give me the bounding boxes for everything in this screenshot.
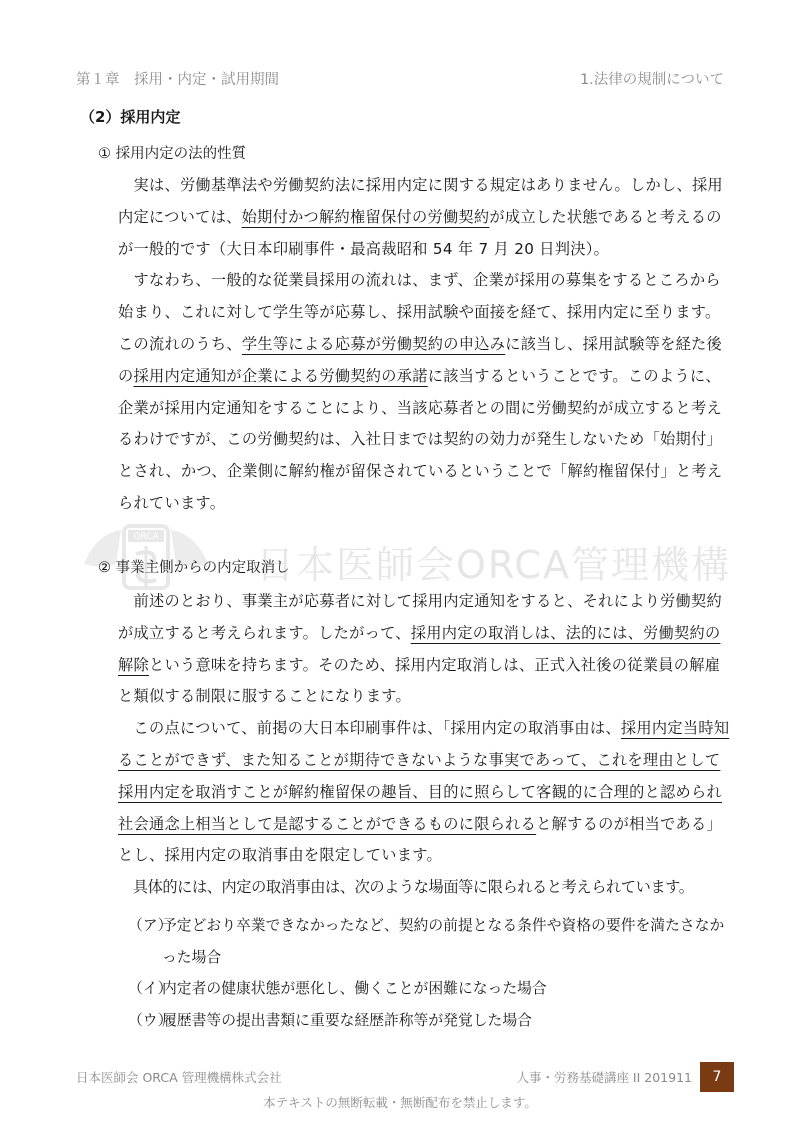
underlined-text: 学生等による応募が労働契約の申込み [242,335,505,353]
footer-right: 人事・労務基礎講座 II 201911 7 [516,1062,734,1092]
section-title: （2）採用内定 [80,106,180,127]
section-label: 1.法律の規制について [580,68,724,90]
list-item: （ア） 予定どおり卒業できなかったなど、契約の前提となる条件や資格の要件を満たさ… [128,910,732,973]
subsection1-body: 実は、労働基準法や労働契約法に採用内定に関する規定はありません。しかし、採用内定… [118,170,730,520]
list-item: （イ） 内定者の健康状態が悪化し、働くことが困難になった場合 [128,973,732,1005]
watermark-text: 日本医師会ORCA管理機構 [256,534,731,589]
footer-company: 日本医師会 ORCA 管理機構株式会社 [76,1068,282,1086]
svg-text:ORCA: ORCA [133,532,159,542]
paragraph: 具体的には、内定の取消事由は、次のような場面等に限られると考えられています。 [118,872,730,904]
text-segment: 具体的には、内定の取消事由は、次のような場面等に限られると考えられています。 [118,878,694,896]
paragraph: 前述のとおり、事業主が応募者に対して採用内定通知をすると、それにより労働契約が成… [118,586,730,713]
subsection-title-legal-nature: ① 採用内定の法的性質 [98,142,246,163]
subsection-title-revocation: ② 事業主側からの内定取消し [98,556,290,577]
text-segment: に該当するということです。このように、企業が採用内定通知をすることにより、当該応… [118,367,722,512]
list-text: 予定どおり卒業できなかったなど、契約の前提となる条件や資格の要件を満たさなかった… [162,910,732,973]
underlined-text: 採用内定通知が企業による労働契約の承諾 [134,367,428,385]
revocation-reasons-list: （ア） 予定どおり卒業できなかったなど、契約の前提となる条件や資格の要件を満たさ… [128,910,732,1036]
list-marker: （イ） [128,973,162,1005]
list-text: 内定者の健康状態が悪化し、働くことが困難になった場合 [162,973,547,1005]
footer-course: 人事・労務基礎講座 II 201911 [516,1068,692,1086]
paragraph: 実は、労働基準法や労働契約法に採用内定に関する規定はありません。しかし、採用内定… [118,170,730,265]
text-segment: この点について、前掲の大日本印刷事件は、「採用内定の取消事由は、 [118,719,621,737]
list-text: 履歴書等の提出書類に重要な経歴詐称等が発覚した場合 [162,1005,532,1037]
paragraph: すなわち、一般的な従業員採用の流れは、まず、企業が採用の募集をするところから始ま… [118,265,730,519]
text-segment: という意味を持ちます。そのため、採用内定取消しは、正式入社後の従業員の解雇と類似… [118,656,720,706]
subsection2-body: 前述のとおり、事業主が応募者に対して採用内定通知をすると、それにより労働契約が成… [118,586,730,904]
list-marker: （ア） [128,910,162,973]
underlined-text: 始期付かつ解約権留保付の労働契約 [242,208,490,226]
list-item: （ウ） 履歴書等の提出書類に重要な経歴詐称等が発覚した場合 [128,1005,732,1037]
list-marker: （ウ） [128,1005,162,1037]
paragraph: この点について、前掲の大日本印刷事件は、「採用内定の取消事由は、採用内定当時知る… [118,713,730,872]
copyright-notice: 本テキストの無断転載・無断配布を禁止します。 [0,1093,800,1111]
page-footer: 日本医師会 ORCA 管理機構株式会社 人事・労務基礎講座 II 201911 … [76,1062,734,1092]
page-number-badge: 7 [700,1062,734,1092]
page-header: 第１章 採用・内定・試用期間 1.法律の規制について [76,68,724,90]
chapter-title: 第１章 採用・内定・試用期間 [76,68,279,90]
